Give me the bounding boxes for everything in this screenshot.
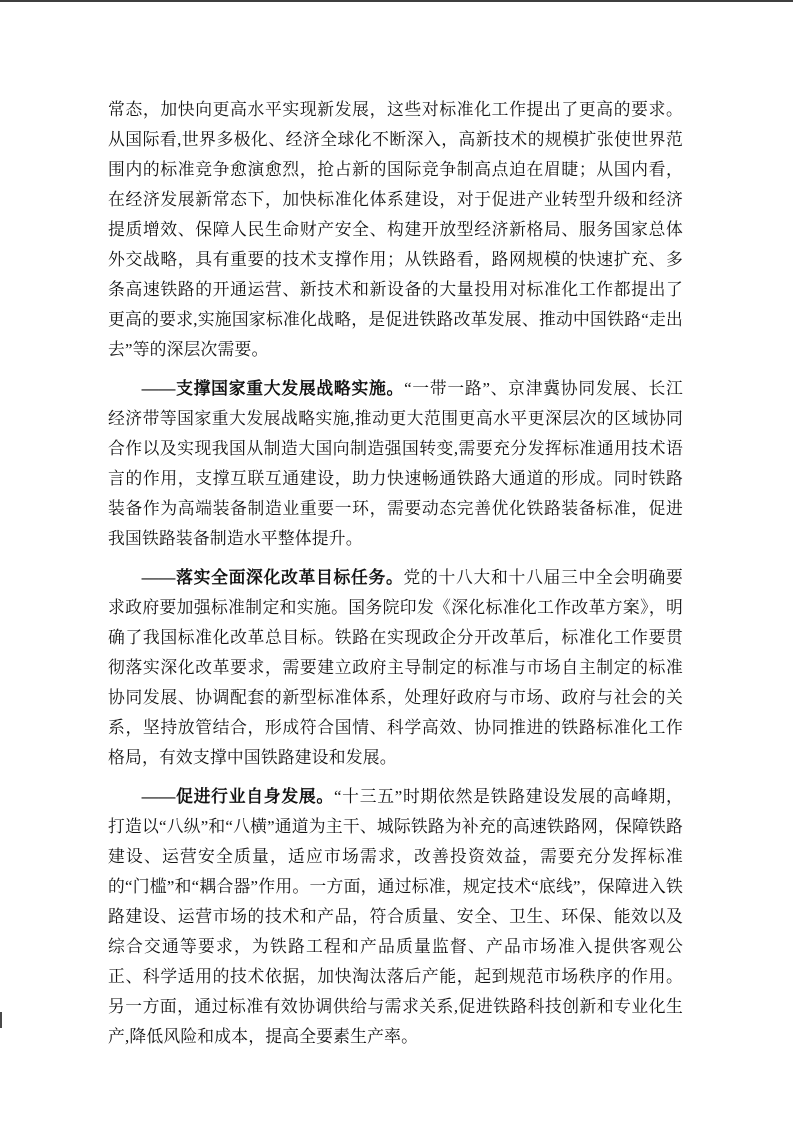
paragraph-continuation: 常态，加快向更高水平实现新发展，这些对标准化工作提出了更高的要求。从国际看,世界… — [108, 95, 683, 365]
document-body: 常态，加快向更高水平实现新发展，这些对标准化工作提出了更高的要求。从国际看,世界… — [108, 95, 683, 1052]
paragraph-continuation-text: 常态，加快向更高水平实现新发展，这些对标准化工作提出了更高的要求。从国际看,世界… — [108, 100, 683, 359]
scan-left-artifact — [0, 1012, 2, 1028]
paragraph-deepen-reform-tasks-text: 党的十八大和十八届三中全会明确要求政府要加强标准制定和实施。国务院印发《深化标准… — [108, 568, 683, 767]
paragraph-promote-industry-development-text: “十三五”时期依然是铁路建设发展的高峰期，打造以“八纵”和“八横”通道为主干、城… — [108, 787, 683, 1046]
paragraph-support-national-strategy-lead: ——支撑国家重大发展战略实施。 — [142, 379, 405, 398]
document-page: 常态，加快向更高水平实现新发展，这些对标准化工作提出了更高的要求。从国际看,世界… — [0, 0, 793, 1122]
paragraph-support-national-strategy-text: “一带一路”、京津冀协同发展、长江经济带等国家重大发展战略实施,推动更大范围更高… — [108, 379, 683, 548]
paragraph-deepen-reform-tasks: ——落实全面深化改革目标任务。党的十八大和十八届三中全会明确要求政府要加强标准制… — [108, 563, 683, 773]
paragraph-support-national-strategy: ——支撑国家重大发展战略实施。“一带一路”、京津冀协同发展、长江经济带等国家重大… — [108, 374, 683, 554]
paragraph-deepen-reform-tasks-lead: ——落实全面深化改革目标任务。 — [142, 568, 404, 587]
paragraph-promote-industry-development: ——促进行业自身发展。“十三五”时期依然是铁路建设发展的高峰期，打造以“八纵”和… — [108, 782, 683, 1052]
paragraph-promote-industry-development-lead: ——促进行业自身发展。 — [142, 787, 334, 806]
scan-top-edge-line — [0, 0, 793, 2]
